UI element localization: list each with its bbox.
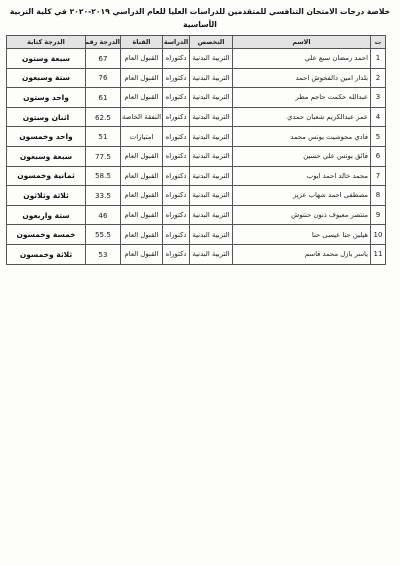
- cell-name: فائق يونس علي حسين: [233, 146, 371, 166]
- cell-specialty: التربية البدنية: [190, 49, 233, 69]
- cell-no: 8: [371, 186, 386, 206]
- cell-no: 5: [371, 127, 386, 147]
- cell-grade_text: واحد وستون: [7, 88, 86, 108]
- cell-study: دكتوراه: [163, 244, 190, 264]
- column-header-study: الدراسة: [163, 36, 190, 49]
- cell-grade_number: 76: [86, 68, 121, 88]
- cell-name: فادي مجوشيت يونس محمد: [233, 127, 371, 147]
- cell-specialty: التربية البدنية: [190, 88, 233, 108]
- table-row: 10هيلين حنا عيسى حناالتربية البدنيةدكتور…: [7, 225, 386, 245]
- cell-specialty: التربية البدنية: [190, 146, 233, 166]
- cell-specialty: التربية البدنية: [190, 205, 233, 225]
- cell-no: 11: [371, 244, 386, 264]
- cell-specialty: التربية البدنية: [190, 225, 233, 245]
- cell-no: 3: [371, 88, 386, 108]
- cell-name: محمد خالد احمد ايوب: [233, 166, 371, 186]
- cell-specialty: التربية البدنية: [190, 127, 233, 147]
- cell-grade_number: 77.5: [86, 146, 121, 166]
- cell-grade_text: ثلاثة وخمسون: [7, 244, 86, 264]
- table-row: 8مصطفى احمد شهاب عزيزالتربية البدنيةدكتو…: [7, 186, 386, 206]
- cell-grade_text: سبعة وستون: [7, 49, 86, 69]
- cell-grade_number: 55.5: [86, 225, 121, 245]
- cell-channel: امتيازات: [121, 127, 163, 147]
- table-header-row: تالاسمالتخصصالدراسةالقناةالدرجة رقماالدر…: [7, 36, 386, 49]
- cell-channel: القبول العام: [121, 225, 163, 245]
- cell-no: 9: [371, 205, 386, 225]
- cell-grade_number: 61: [86, 88, 121, 108]
- cell-study: دكتوراه: [163, 186, 190, 206]
- cell-specialty: التربية البدنية: [190, 244, 233, 264]
- cell-specialty: التربية البدنية: [190, 186, 233, 206]
- cell-name: هيلين حنا عيسى حنا: [233, 225, 371, 245]
- cell-channel: القبول العام: [121, 68, 163, 88]
- cell-no: 6: [371, 146, 386, 166]
- cell-name: عمر عبدالكريم شعبان حمدي: [233, 107, 371, 127]
- cell-study: دكتوراه: [163, 49, 190, 69]
- column-header-specialty: التخصص: [190, 36, 233, 49]
- cell-grade_text: خمسة وخمسون: [7, 225, 86, 245]
- cell-grade_text: ثلاثة وثلاثون: [7, 186, 86, 206]
- cell-study: دكتوراه: [163, 205, 190, 225]
- cell-grade_number: 58.5: [86, 166, 121, 186]
- cell-name: بلدار امين دالفخوش احمد: [233, 68, 371, 88]
- cell-grade_text: اثنان وستون: [7, 107, 86, 127]
- cell-no: 7: [371, 166, 386, 186]
- table-row: 1احمد رمضان سبع عليالتربية البدنيةدكتورا…: [7, 49, 386, 69]
- cell-study: دكتوراه: [163, 146, 190, 166]
- cell-name: منتصر معيوف ذنون حنتوش: [233, 205, 371, 225]
- cell-grade_text: ستة واربعون: [7, 205, 86, 225]
- cell-name: ياسر بازل محمد قاسم: [233, 244, 371, 264]
- cell-grade_text: واحد وخمسون: [7, 127, 86, 147]
- cell-channel: القبول العام: [121, 88, 163, 108]
- cell-channel: القبول العام: [121, 146, 163, 166]
- cell-channel: القبول العام: [121, 49, 163, 69]
- cell-study: دكتوراه: [163, 107, 190, 127]
- document-page: خلاصة درجات الامتحان التنافسي للمتقدمين …: [0, 0, 400, 565]
- cell-grade_number: 51: [86, 127, 121, 147]
- cell-grade_text: سبعة وسبعون: [7, 146, 86, 166]
- cell-grade_number: 53: [86, 244, 121, 264]
- cell-name: عبدالله حكمت حاجم مطر: [233, 88, 371, 108]
- table-head: تالاسمالتخصصالدراسةالقناةالدرجة رقماالدر…: [7, 36, 386, 49]
- cell-grade_text: ثمانية وخمسون: [7, 166, 86, 186]
- cell-study: دكتوراه: [163, 68, 190, 88]
- cell-specialty: التربية البدنية: [190, 68, 233, 88]
- table-body: 1احمد رمضان سبع عليالتربية البدنيةدكتورا…: [7, 49, 386, 265]
- cell-no: 1: [371, 49, 386, 69]
- cell-channel: القبول العام: [121, 244, 163, 264]
- table-row: 7محمد خالد احمد ايوبالتربية البدنيةدكتور…: [7, 166, 386, 186]
- cell-channel: النفقة الخاصة: [121, 107, 163, 127]
- cell-study: دكتوراه: [163, 166, 190, 186]
- cell-study: دكتوراه: [163, 127, 190, 147]
- column-header-name: الاسم: [233, 36, 371, 49]
- cell-channel: القبول العام: [121, 205, 163, 225]
- grades-table: تالاسمالتخصصالدراسةالقناةالدرجة رقماالدر…: [6, 35, 386, 265]
- cell-study: دكتوراه: [163, 225, 190, 245]
- cell-no: 4: [371, 107, 386, 127]
- cell-grade_number: 33.5: [86, 186, 121, 206]
- column-header-channel: القناة: [121, 36, 163, 49]
- table-row: 11ياسر بازل محمد قاسمالتربية البدنيةدكتو…: [7, 244, 386, 264]
- table-row: 2بلدار امين دالفخوش احمدالتربية البدنيةد…: [7, 68, 386, 88]
- table-row: 4عمر عبدالكريم شعبان حمديالتربية البدنية…: [7, 107, 386, 127]
- column-header-no: ت: [371, 36, 386, 49]
- cell-name: احمد رمضان سبع علي: [233, 49, 371, 69]
- table-row: 9منتصر معيوف ذنون حنتوشالتربية البدنيةدك…: [7, 205, 386, 225]
- cell-channel: القبول العام: [121, 186, 163, 206]
- table-row: 6فائق يونس علي حسينالتربية البدنيةدكتورا…: [7, 146, 386, 166]
- cell-specialty: التربية البدنية: [190, 166, 233, 186]
- table-row: 3عبدالله حكمت حاجم مطرالتربية البدنيةدكت…: [7, 88, 386, 108]
- cell-channel: القبول العام: [121, 166, 163, 186]
- cell-grade_number: 46: [86, 205, 121, 225]
- cell-no: 2: [371, 68, 386, 88]
- cell-grade_text: ستة وسبعون: [7, 68, 86, 88]
- column-header-grade_text: الدرجة كتابة: [7, 36, 86, 49]
- cell-study: دكتوراه: [163, 88, 190, 108]
- cell-name: مصطفى احمد شهاب عزيز: [233, 186, 371, 206]
- table-row: 5فادي مجوشيت يونس محمدالتربية البدنيةدكت…: [7, 127, 386, 147]
- cell-grade_number: 67: [86, 49, 121, 69]
- column-header-grade_number: الدرجة رقما: [86, 36, 121, 49]
- cell-no: 10: [371, 225, 386, 245]
- page-title: خلاصة درجات الامتحان التنافسي للمتقدمين …: [0, 5, 400, 31]
- cell-grade_number: 62.5: [86, 107, 121, 127]
- cell-specialty: التربية البدنية: [190, 107, 233, 127]
